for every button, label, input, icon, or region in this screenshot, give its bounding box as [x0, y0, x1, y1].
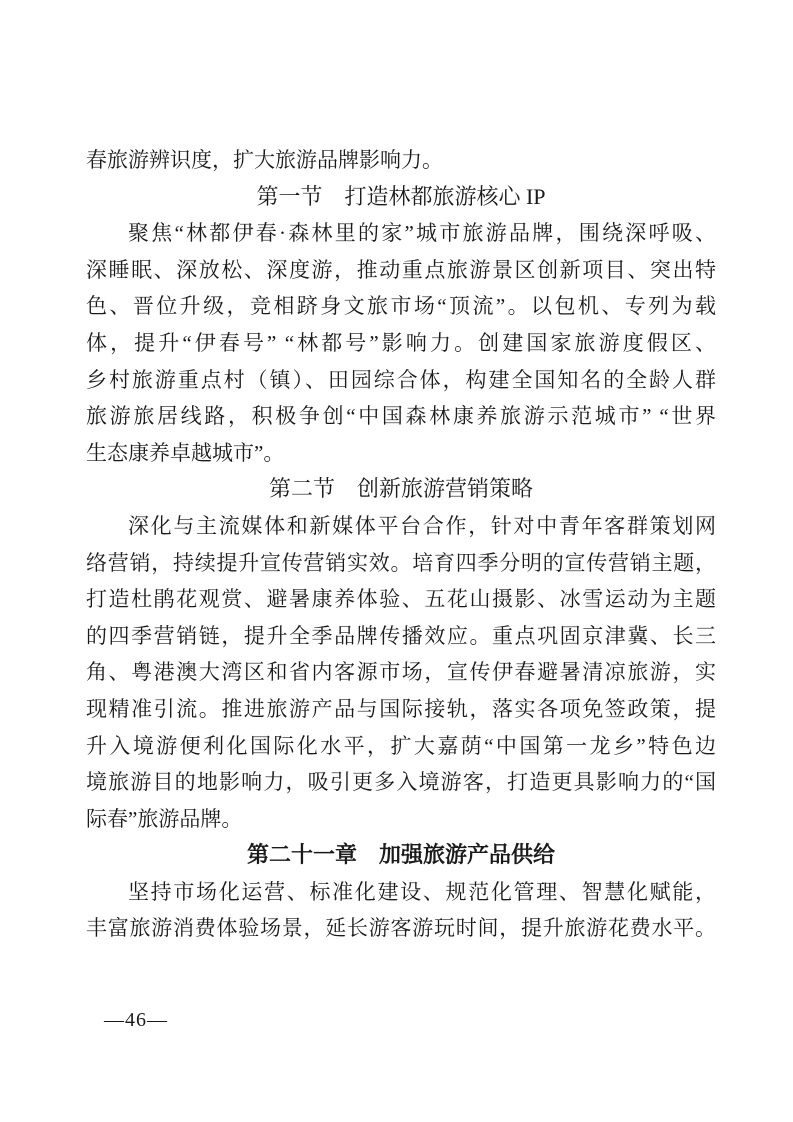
text-line: 深睡眠、深放松、深度游，推动重点旅游景区创新项目、突出特	[86, 252, 716, 289]
text-line: 旅游旅居线路，积极争创“中国森林康养旅游示范城市” “世界	[86, 398, 716, 435]
text-line: 聚焦“林都伊春·森林里的家”城市旅游品牌，围绕深呼吸、	[86, 215, 716, 252]
page-content: 春旅游辨识度，扩大旅游品牌影响力。 第一节 打造林都旅游核心 IP 聚焦“林都伊…	[86, 142, 716, 947]
text-line: 际春”旅游品牌。	[86, 801, 716, 838]
page-number: —46—	[104, 1005, 168, 1035]
paragraph-3: 坚持市场化运营、标准化建设、规范化管理、智慧化赋能， 丰富旅游消费体验场景，延长…	[86, 874, 716, 947]
text-line: 境旅游目的地影响力，吸引更多入境游客，打造更具影响力的“国	[86, 764, 716, 801]
document-page: 春旅游辨识度，扩大旅游品牌影响力。 第一节 打造林都旅游核心 IP 聚焦“林都伊…	[0, 0, 793, 1122]
text-line: 打造杜鹃花观赏、避暑康养体验、五花山摄影、冰雪运动为主题	[86, 581, 716, 618]
text-line: 坚持市场化运营、标准化建设、规范化管理、智慧化赋能，	[86, 874, 716, 911]
text-line: 丰富旅游消费体验场景，延长游客游玩时间，提升旅游花费水平。	[86, 910, 716, 947]
text-line: 色、晋位升级，竞相跻身文旅市场“顶流”。以包机、专列为载	[86, 288, 716, 325]
text-line: 深化与主流媒体和新媒体平台合作，针对中青年客群策划网	[86, 508, 716, 545]
text-line: 升入境游便利化国际化水平，扩大嘉荫“中国第一龙乡”特色边	[86, 728, 716, 765]
text-line: 乡村旅游重点村（镇）、田园综合体，构建全国知名的全龄人群	[86, 362, 716, 399]
text-line: 生态康养卓越城市”。	[86, 435, 716, 472]
text-line: 络营销，持续提升宣传营销实效。培育四季分明的宣传营销主题，	[86, 545, 716, 582]
text-line: 的四季营销链，提升全季品牌传播效应。重点巩固京津冀、长三	[86, 618, 716, 655]
text-line: 体，提升“伊春号” “林都号”影响力。创建国家旅游度假区、	[86, 325, 716, 362]
text-line: 现精准引流。推进旅游产品与国际接轨，落实各项免签政策，提	[86, 691, 716, 728]
paragraph-1: 聚焦“林都伊春·森林里的家”城市旅游品牌，围绕深呼吸、 深睡眠、深放松、深度游，…	[86, 215, 716, 471]
continuation-line: 春旅游辨识度，扩大旅游品牌影响力。	[86, 142, 716, 179]
text-line: 角、粤港澳大湾区和省内客源市场，宣传伊春避暑清凉旅游，实	[86, 654, 716, 691]
chapter-heading: 第二十一章 加强旅游产品供给	[86, 837, 716, 874]
section-heading-2: 第二节 创新旅游营销策略	[86, 471, 716, 508]
paragraph-2: 深化与主流媒体和新媒体平台合作，针对中青年客群策划网 络营销，持续提升宣传营销实…	[86, 508, 716, 837]
section-heading-1: 第一节 打造林都旅游核心 IP	[86, 179, 716, 216]
